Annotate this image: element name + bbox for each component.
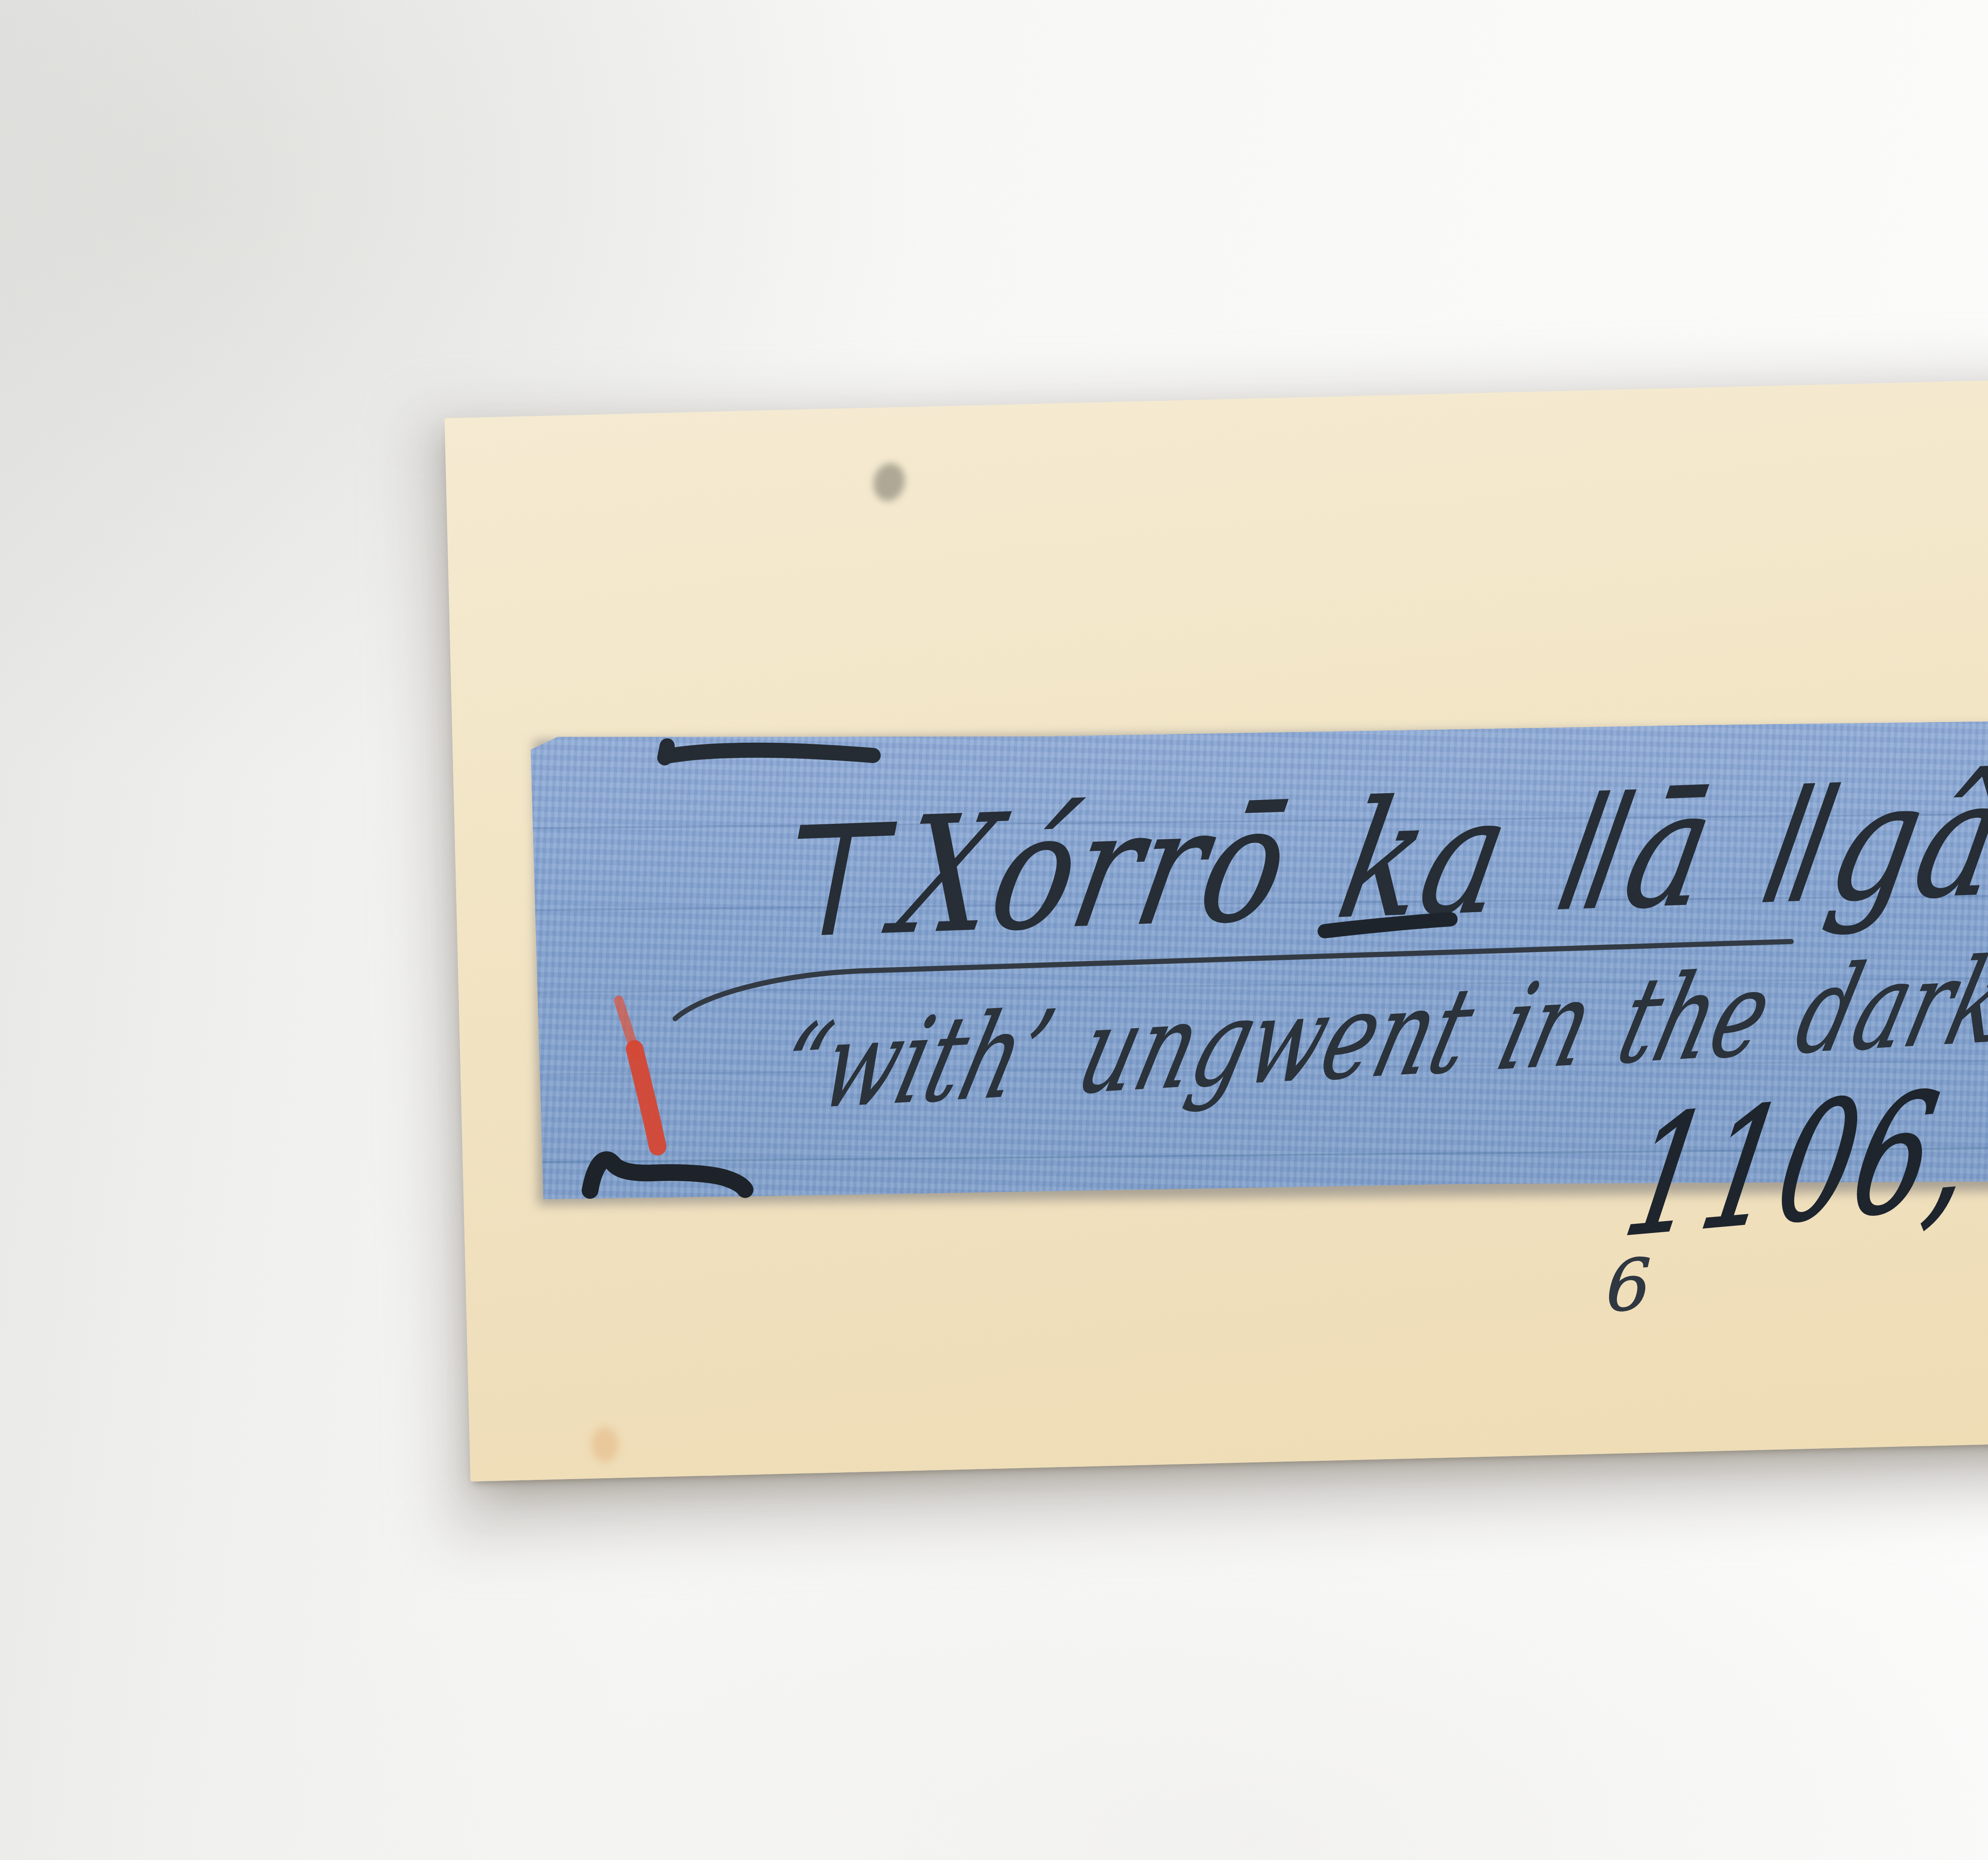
ruled-line	[532, 811, 1988, 829]
photo-stage: ⊤Xórrō ka ǁā ǁgâ “with’ ungwent in the d…	[0, 0, 1988, 1860]
ruled-line	[535, 1145, 1988, 1163]
ruled-line	[532, 893, 1988, 911]
faint-stain	[590, 1426, 619, 1463]
blue-slip	[530, 719, 1988, 1200]
grey-smudge	[870, 460, 909, 505]
ruled-line	[533, 975, 1988, 994]
ruled-line	[534, 1058, 1988, 1076]
